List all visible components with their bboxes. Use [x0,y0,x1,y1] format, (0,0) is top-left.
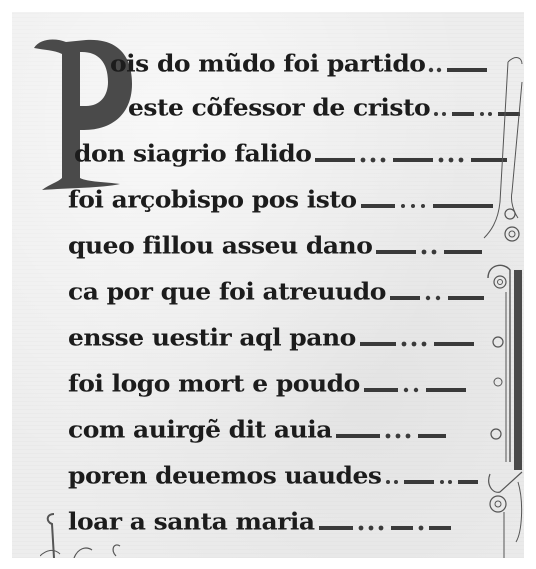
line-text: foi arçobispo pos isto [68,186,357,214]
line-text: ensse uestir aql pano [68,324,356,352]
line-text: ois do mũdo foi partido [110,50,425,78]
line-text: ca por que foi atreuudo [68,278,386,306]
manuscript-line-4: foi arçobispo pos isto [68,180,499,214]
manuscript-line-3: don siagrio falido [74,134,509,168]
manuscript-line-8: foi logo mort e poudo [68,364,474,398]
line-text: don siagrio falido [74,140,311,168]
manuscript-line-1: ois do mũdo foi partido [110,44,491,78]
line-text: queo fillou asseu dano [68,232,372,260]
line-filler [384,460,480,490]
line-text: foi logo mort e poudo [68,370,360,398]
line-text: poren deuemos uaudes [68,462,382,490]
line-filler [358,322,488,352]
line-filler [388,276,488,306]
line-filler [334,414,450,444]
manuscript-line-9: com auirgẽ dit auia [68,410,450,444]
manuscript-line-10: poren deuemos uaudes [68,456,480,490]
line-text: com auirgẽ dit auia [68,416,332,444]
margin-ornament-icon [478,42,524,558]
manuscript-page: ois do mũdo foi partido este cõfessor de… [12,12,524,558]
manuscript-line-6: ca por que foi atreuudo [68,272,488,306]
line-filler [374,230,484,260]
manuscript-line-7: ensse uestir aql pano [68,318,488,352]
line-text: este cõfessor de cristo [128,94,430,122]
manuscript-line-2: este cõfessor de cristo [128,88,522,122]
flourish-icon [40,512,130,558]
line-filler [317,506,453,536]
manuscript-line-5: queo fillou asseu dano [68,226,484,260]
line-filler [362,368,474,398]
